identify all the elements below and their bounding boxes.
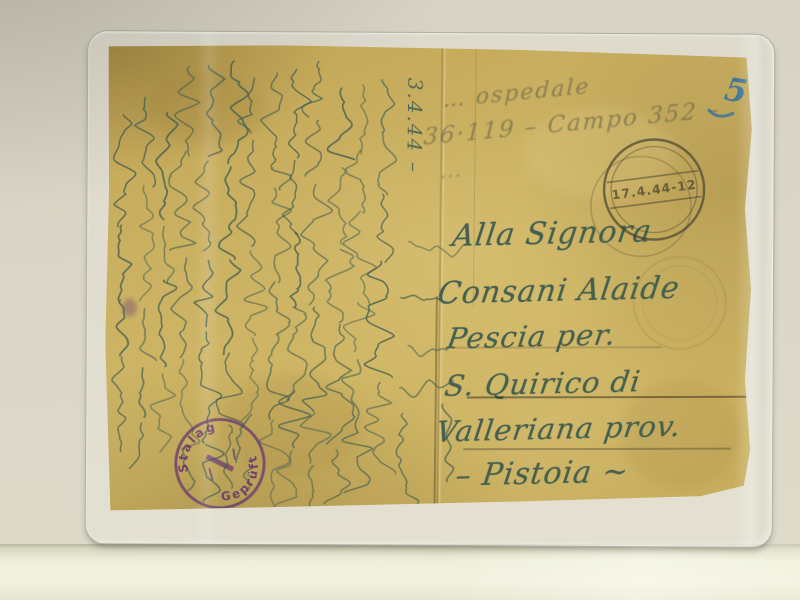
faint-round-stamp	[624, 247, 735, 358]
table-surface	[0, 544, 800, 600]
photo-background: 3.4.44 – … ospedale36·119 – Campo 352 –……	[0, 0, 800, 600]
sleeve-reflection	[734, 35, 767, 547]
plastic-sleeve: 3.4.44 – … ospedale36·119 – Campo 352 –……	[85, 30, 776, 548]
sleeve-reflection	[194, 32, 223, 544]
postmark: 17.4.44-12	[583, 119, 725, 261]
